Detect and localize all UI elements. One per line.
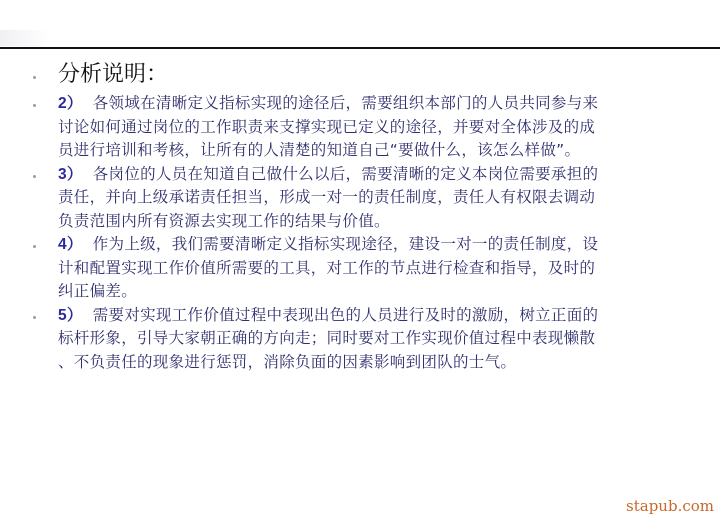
item-number: 5）	[58, 307, 83, 324]
item-line: 3）各岗位的人员在知道自己做什么以后，需要清晰的定义本岗位需要承担的	[58, 163, 690, 187]
item-line: 2）各领域在清晰定义指标实现的途径后，需要组织本部门的人员共同参与来	[58, 92, 690, 116]
bullet-icon	[33, 175, 36, 178]
list-item-3: 3）各岗位的人员在知道自己做什么以后，需要清晰的定义本岗位需要承担的 责任，并向…	[0, 163, 720, 234]
bullet-icon	[33, 76, 36, 79]
item-line: 4）作为上级，我们需要清晰定义指标实现途径，建设一对一的责任制度，设	[58, 233, 690, 257]
list-item-2: 2）各领域在清晰定义指标实现的途径后，需要组织本部门的人员共同参与来 讨论如何通…	[0, 92, 720, 163]
bullet-icon	[33, 245, 36, 248]
slide-heading-row: 分析说明：	[0, 58, 720, 92]
item-line: 讨论如何通过岗位的工作职责来支撑实现已定义的途径，并要对全体涉及的成	[58, 116, 690, 140]
bullet-icon	[33, 316, 36, 319]
item-line: 、不负责任的现象进行惩罚，消除负面的因素影响到团队的士气。	[58, 351, 690, 375]
slide-content: 分析说明： 2）各领域在清晰定义指标实现的途径后，需要组织本部门的人员共同参与来…	[0, 58, 720, 374]
item-number: 3）	[58, 166, 83, 183]
item-line: 责任，并向上级承诺责任担当，形成一对一的责任制度，责任人有权限去调动	[58, 186, 690, 210]
item-line: 员进行培训和考核，让所有的人清楚的知道自己“要做什么，该怎么样做”。	[58, 139, 690, 163]
item-line: 5）需要对实现工作价值过程中表现出色的人员进行及时的激励，树立正面的	[58, 304, 690, 328]
item-line: 计和配置实现工作价值所需要的工具，对工作的节点进行检查和指导，及时的	[58, 257, 690, 281]
item-number: 4）	[58, 236, 83, 253]
slide-heading: 分析说明：	[58, 62, 168, 87]
bullet-icon	[33, 104, 36, 107]
item-line: 负责范围内所有资源去实现工作的结果与价值。	[58, 210, 690, 234]
list-item-5: 5）需要对实现工作价值过程中表现出色的人员进行及时的激励，树立正面的 标杆形象，…	[0, 304, 720, 375]
item-line: 标杆形象，引导大家朝正确的方向走；同时要对工作实现价值过程中表现懒散	[58, 327, 690, 351]
list-item-4: 4）作为上级，我们需要清晰定义指标实现途径，建设一对一的责任制度，设 计和配置实…	[0, 233, 720, 304]
header-divider	[0, 47, 720, 49]
item-number: 2）	[58, 95, 83, 112]
site-watermark: stapub.com	[626, 497, 714, 515]
item-line: 纠正偏差。	[58, 280, 690, 304]
corner-decoration	[0, 30, 50, 46]
